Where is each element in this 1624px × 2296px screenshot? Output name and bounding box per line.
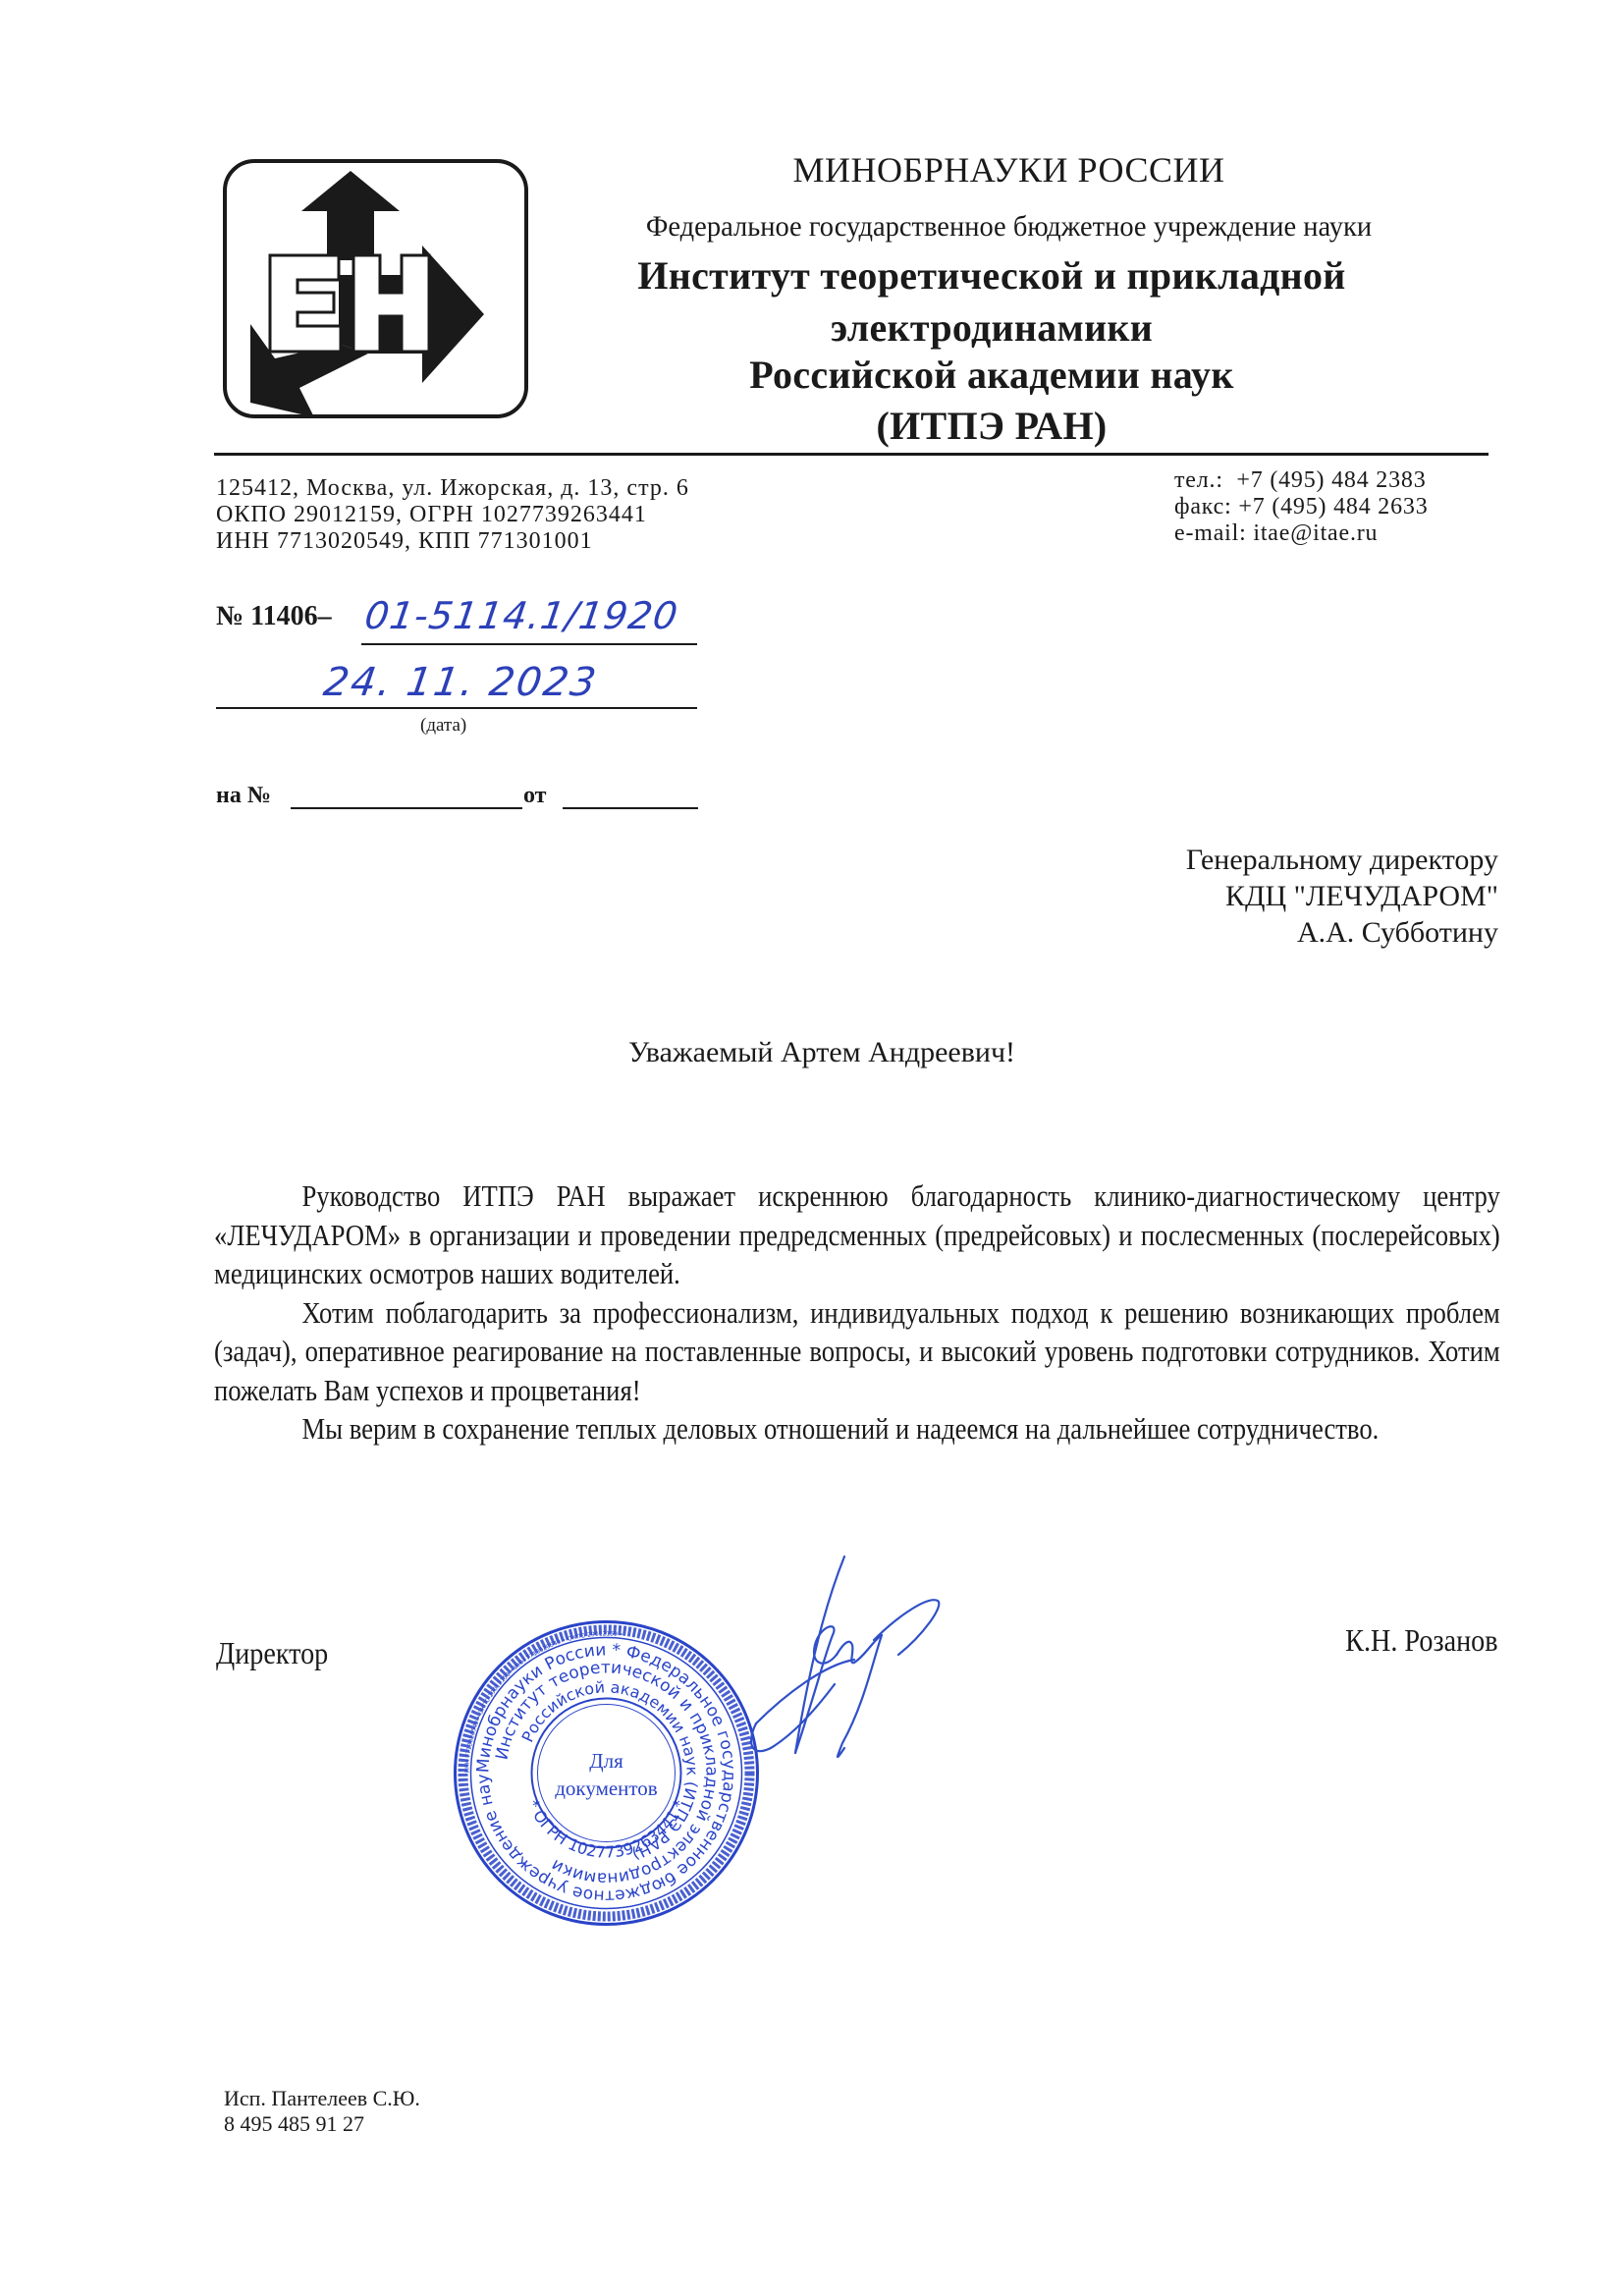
from-label: от	[523, 783, 546, 809]
body-paragraph: Руководство ИТПЭ РАН выражает искреннюю …	[214, 1176, 1500, 1293]
executor-block: Исп. Пантелеев С.Ю. 8 495 485 91 27	[224, 2086, 420, 2137]
institution-name-line-1: Институт теоретической и прикладной	[569, 252, 1414, 299]
en-arrows-logo-icon	[221, 157, 530, 420]
registration-date-line	[216, 707, 697, 709]
signature-scribble-icon	[727, 1547, 982, 1802]
phone-line: тел.: +7 (495) 484 2383	[1174, 467, 1429, 494]
address-block: 125412, Москва, ул. Ижорская, д. 13, стр…	[216, 475, 689, 555]
addressee-name: А.А. Субботину	[1186, 914, 1498, 951]
email-line: e-mail: itae@itae.ru	[1174, 520, 1429, 547]
institution-abbreviation: (ИТПЭ РАН)	[569, 403, 1414, 449]
addressee-block: Генеральному директору КДЦ "ЛЕЧУДАРОМ" А…	[1186, 842, 1498, 951]
round-seal-icon: Минобрнауки России * Федеральное государ…	[452, 1618, 761, 1928]
body-paragraph: Хотим поблагодарить за профессионализм, …	[214, 1293, 1500, 1410]
registration-number-prefix: № 11406–	[216, 601, 332, 632]
stamp-center-line-2: документов	[555, 1777, 658, 1800]
executor-phone: 8 495 485 91 27	[224, 2111, 420, 2137]
registration-date-handwritten: 24. 11. 2023	[321, 660, 601, 705]
okpo-ogrn-line: ОКПО 29012159, ОГРН 1027739263441	[216, 502, 689, 528]
header-divider	[214, 453, 1489, 456]
reply-to-number-line	[291, 807, 522, 809]
letter-body: Руководство ИТПЭ РАН выражает искреннюю …	[214, 1176, 1500, 1449]
stamp-center-line-1: Для	[589, 1749, 623, 1773]
institution-name-line-3: Российской академии наук	[569, 352, 1414, 398]
body-paragraph: Мы верим в сохранение теплых деловых отн…	[214, 1409, 1500, 1449]
addressee-organization: КДЦ "ЛЕЧУДАРОМ"	[1186, 878, 1498, 914]
official-stamp: Минобрнауки России * Федеральное государ…	[452, 1618, 761, 1928]
salutation: Уважаемый Артем Андреевич!	[0, 1036, 1624, 1069]
fax-line: факс: +7 (495) 484 2633	[1174, 494, 1429, 520]
address-line: 125412, Москва, ул. Ижорская, д. 13, стр…	[216, 475, 689, 502]
handwritten-signature	[727, 1547, 982, 1802]
date-caption: (дата)	[420, 715, 466, 737]
signer-name: К.Н. Розанов	[1346, 1622, 1498, 1659]
executor-name: Исп. Пантелеев С.Ю.	[224, 2086, 420, 2111]
contacts-block: тел.: +7 (495) 484 2383 факс: +7 (495) 4…	[1174, 467, 1429, 547]
institute-logo	[221, 157, 530, 420]
inn-kpp-line: ИНН 7713020549, КПП 771301001	[216, 528, 689, 555]
institution-name-line-2: электродинамики	[569, 304, 1414, 351]
ministry-name: МИНОБРНАУКИ РОССИИ	[530, 149, 1488, 191]
registration-number-line	[361, 643, 697, 645]
signer-title: Директор	[216, 1635, 328, 1671]
institution-type: Федеральное государственное бюджетное уч…	[554, 210, 1463, 244]
reply-to-label: на №	[216, 783, 271, 809]
addressee-position: Генеральному директору	[1186, 842, 1498, 878]
from-date-line	[563, 807, 698, 809]
registration-number-handwritten: 01-5114.1/1920	[362, 594, 681, 637]
